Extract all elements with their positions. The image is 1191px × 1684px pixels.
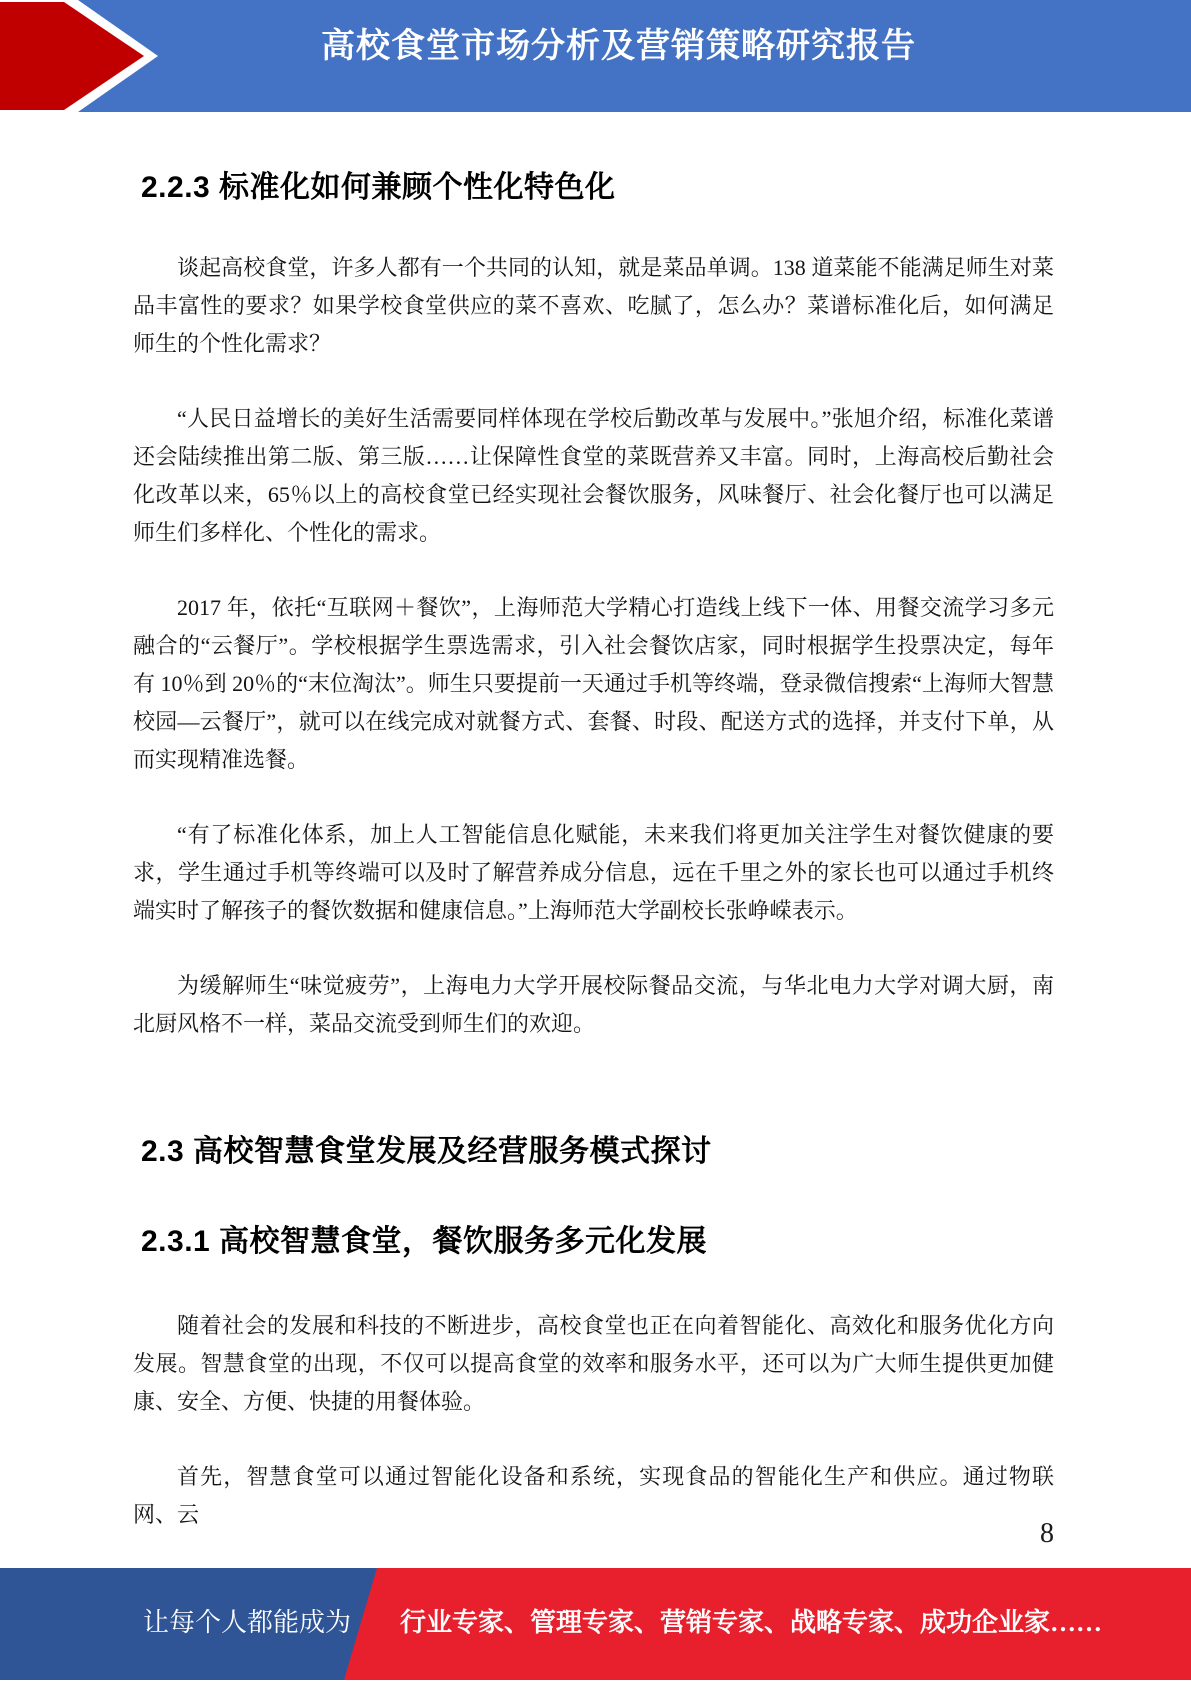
body-paragraph: 为缓解师生“味觉疲劳”，上海电力大学开展校际餐品交流，与华北电力大学对调大厨，南… xyxy=(133,967,1054,1043)
footer-bottom-strip xyxy=(0,1680,1191,1684)
body-paragraph: 2017 年，依托“互联网＋餐饮”，上海师范大学精心打造线上线下一体、用餐交流学… xyxy=(133,589,1054,779)
header-banner: 高校食堂市场分析及营销策略研究报告 xyxy=(0,0,1191,112)
section-heading-231: 2.3.1 高校智慧食堂，餐饮服务多元化发展 xyxy=(133,1222,1054,1262)
section-heading-223: 2.2.3 标准化如何兼顾个性化特色化 xyxy=(133,168,1054,208)
section-heading-23: 2.3 高校智慧食堂发展及经营服务模式探讨 xyxy=(133,1132,1054,1172)
body-paragraph: 谈起高校食堂，许多人都有一个共同的认知，就是菜品单调。138 道菜能不能满足师生… xyxy=(133,249,1054,363)
body-paragraph: “有了标准化体系，加上人工智能信息化赋能，未来我们将更加关注学生对餐饮健康的要求… xyxy=(133,816,1054,930)
page-number: 8 xyxy=(133,1518,1054,1550)
body-paragraph: 随着社会的发展和科技的不断进步，高校食堂也正在向着智能化、高效化和服务优化方向发… xyxy=(133,1307,1054,1421)
footer-slogan-left: 让每个人都能成为 xyxy=(143,1606,351,1640)
report-title: 高校食堂市场分析及营销策略研究报告 xyxy=(0,26,1191,66)
footer-banner: 让每个人都能成为 行业专家、管理专家、营销专家、战略专家、成功企业家…… xyxy=(0,1568,1191,1680)
document-body: 2.2.3 标准化如何兼顾个性化特色化 谈起高校食堂，许多人都有一个共同的认知，… xyxy=(133,112,1054,1534)
footer-slogan-right: 行业专家、管理专家、营销专家、战略专家、成功企业家…… xyxy=(400,1605,1102,1641)
body-paragraph: “人民日益增长的美好生活需要同样体现在学校后勤改革与发展中。”张旭介绍，标准化菜… xyxy=(133,400,1054,552)
report-page: 高校食堂市场分析及营销策略研究报告 2.2.3 标准化如何兼顾个性化特色化 谈起… xyxy=(0,0,1191,1684)
